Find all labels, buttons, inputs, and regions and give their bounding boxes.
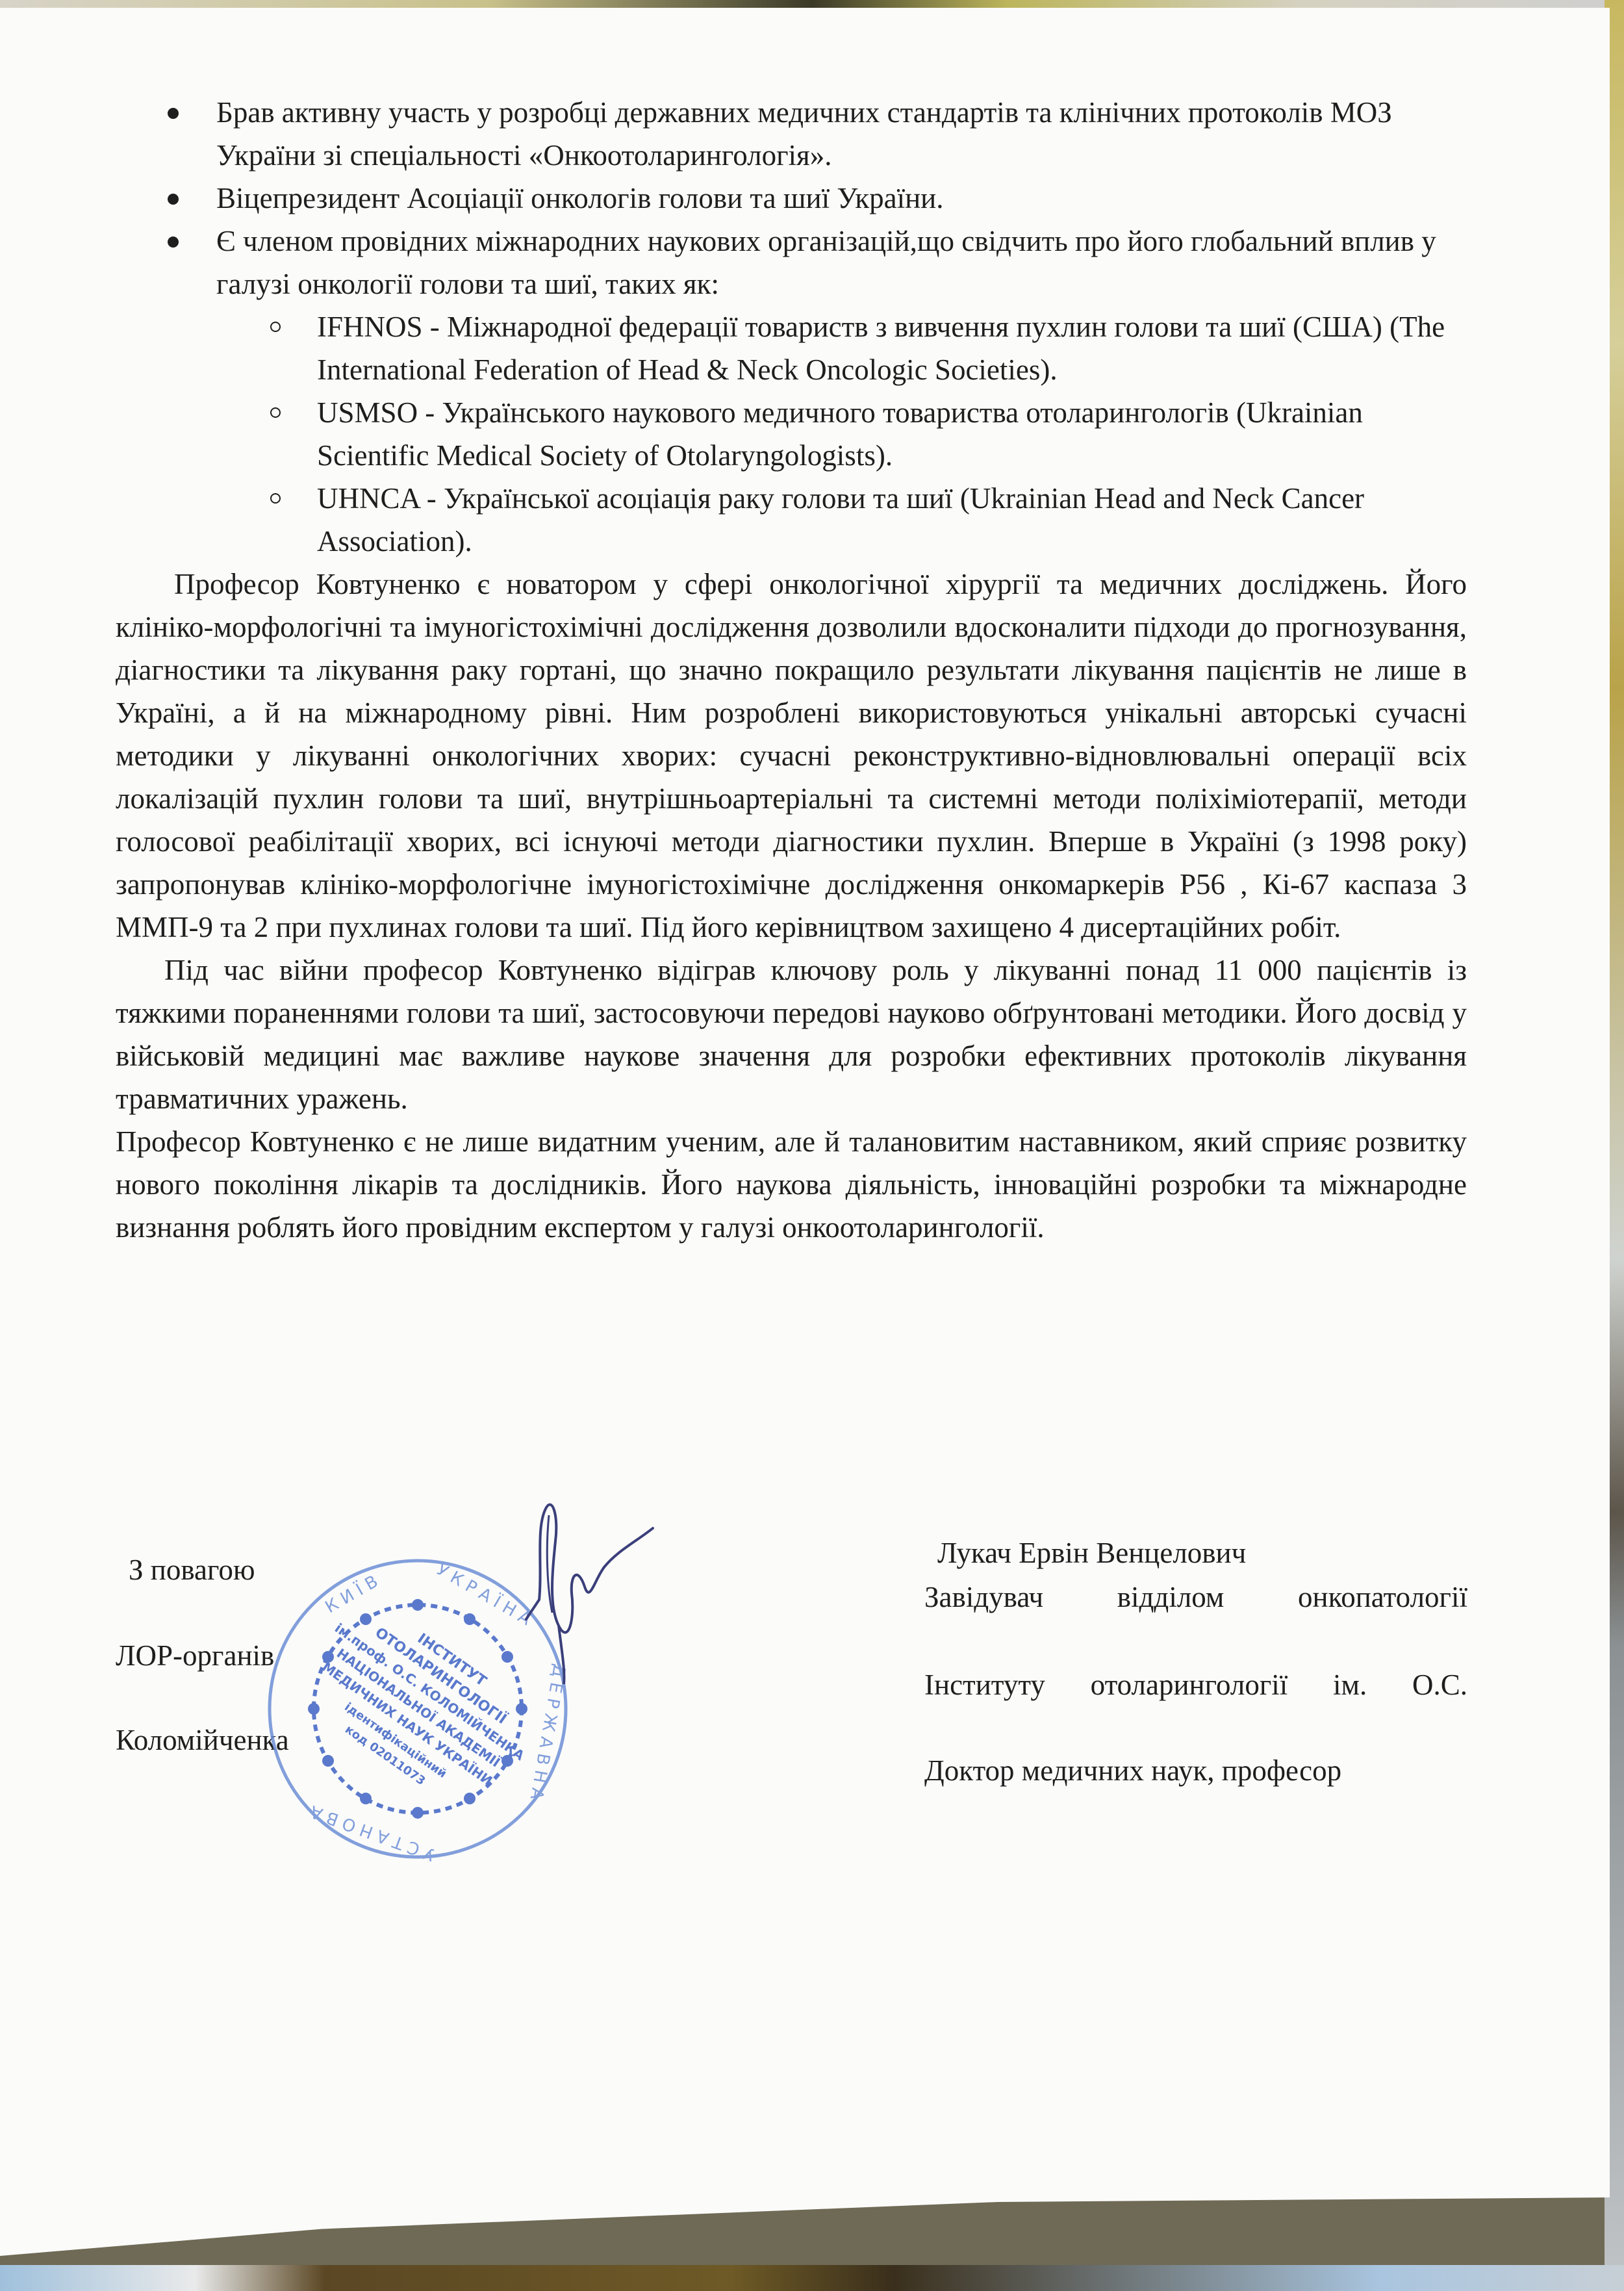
signatory-title-line2: Інституту отоларингології ім. О.С. (924, 1668, 1467, 1702)
organization-text: USMSO - Українського наукового медичного… (317, 396, 1363, 472)
paragraph-mentorship: Професор Ковтуненко є не лише видатним у… (116, 1120, 1467, 1249)
circle-bullet-icon (270, 322, 281, 332)
signatory-degree: Доктор медичних наук, професор (924, 1754, 1467, 1787)
closing-regards: З повагою (129, 1553, 255, 1587)
bullet-icon (168, 108, 179, 119)
organization-text: IFHNOS - Міжнародної федерації товариств… (317, 311, 1445, 386)
photo-background-bottom (0, 2265, 1624, 2291)
bullet-text: Брав активну участь у розробці державних… (216, 96, 1392, 172)
list-item: Брав активну участь у розробці державних… (116, 91, 1467, 177)
list-item: IFHNOS - Міжнародної федерації товариств… (116, 305, 1467, 391)
closing-fragment-lor: ЛОР-органів (116, 1639, 274, 1672)
signatory-title-line1: Завідувач відділом онкопатології (924, 1580, 1467, 1614)
signatory-name: Лукач Ервін Венцелович (937, 1536, 1480, 1570)
list-item: Віцепрезидент Асоціації онкологів голови… (116, 177, 1467, 220)
list-item: USMSO - Українського наукового медичного… (116, 391, 1467, 477)
paragraph-innovation: Професор Ковтуненко є новатором у сфері … (116, 563, 1467, 949)
circle-bullet-icon (270, 493, 281, 504)
circle-bullet-icon (270, 407, 281, 418)
achievements-list: Брав активну участь у розробці державних… (116, 91, 1467, 563)
bullet-text: Є членом провідних міжнародних наукових … (216, 225, 1436, 300)
list-item: Є членом провідних міжнародних наукових … (116, 220, 1467, 563)
paragraph-war-service: Під час війни професор Ковтуненко відігр… (116, 949, 1467, 1120)
bullet-text: Віцепрезидент Асоціації онкологів голови… (216, 182, 944, 214)
document-page: Брав активну участь у розробці державних… (0, 8, 1610, 2256)
document-body: Брав активну участь у розробці державних… (116, 91, 1467, 1249)
photo-background-top (0, 0, 1624, 9)
handwritten-signature-icon (513, 1489, 663, 1684)
bullet-icon (168, 194, 179, 205)
closing-fragment-kolomiychenko: Коломійченка (116, 1723, 289, 1757)
bullet-icon (168, 237, 179, 248)
list-item: UHNCA - Української асоціація раку голов… (116, 477, 1467, 563)
organization-text: UHNCA - Української асоціація раку голов… (317, 482, 1364, 557)
organizations-list: IFHNOS - Міжнародної федерації товариств… (216, 305, 1467, 563)
